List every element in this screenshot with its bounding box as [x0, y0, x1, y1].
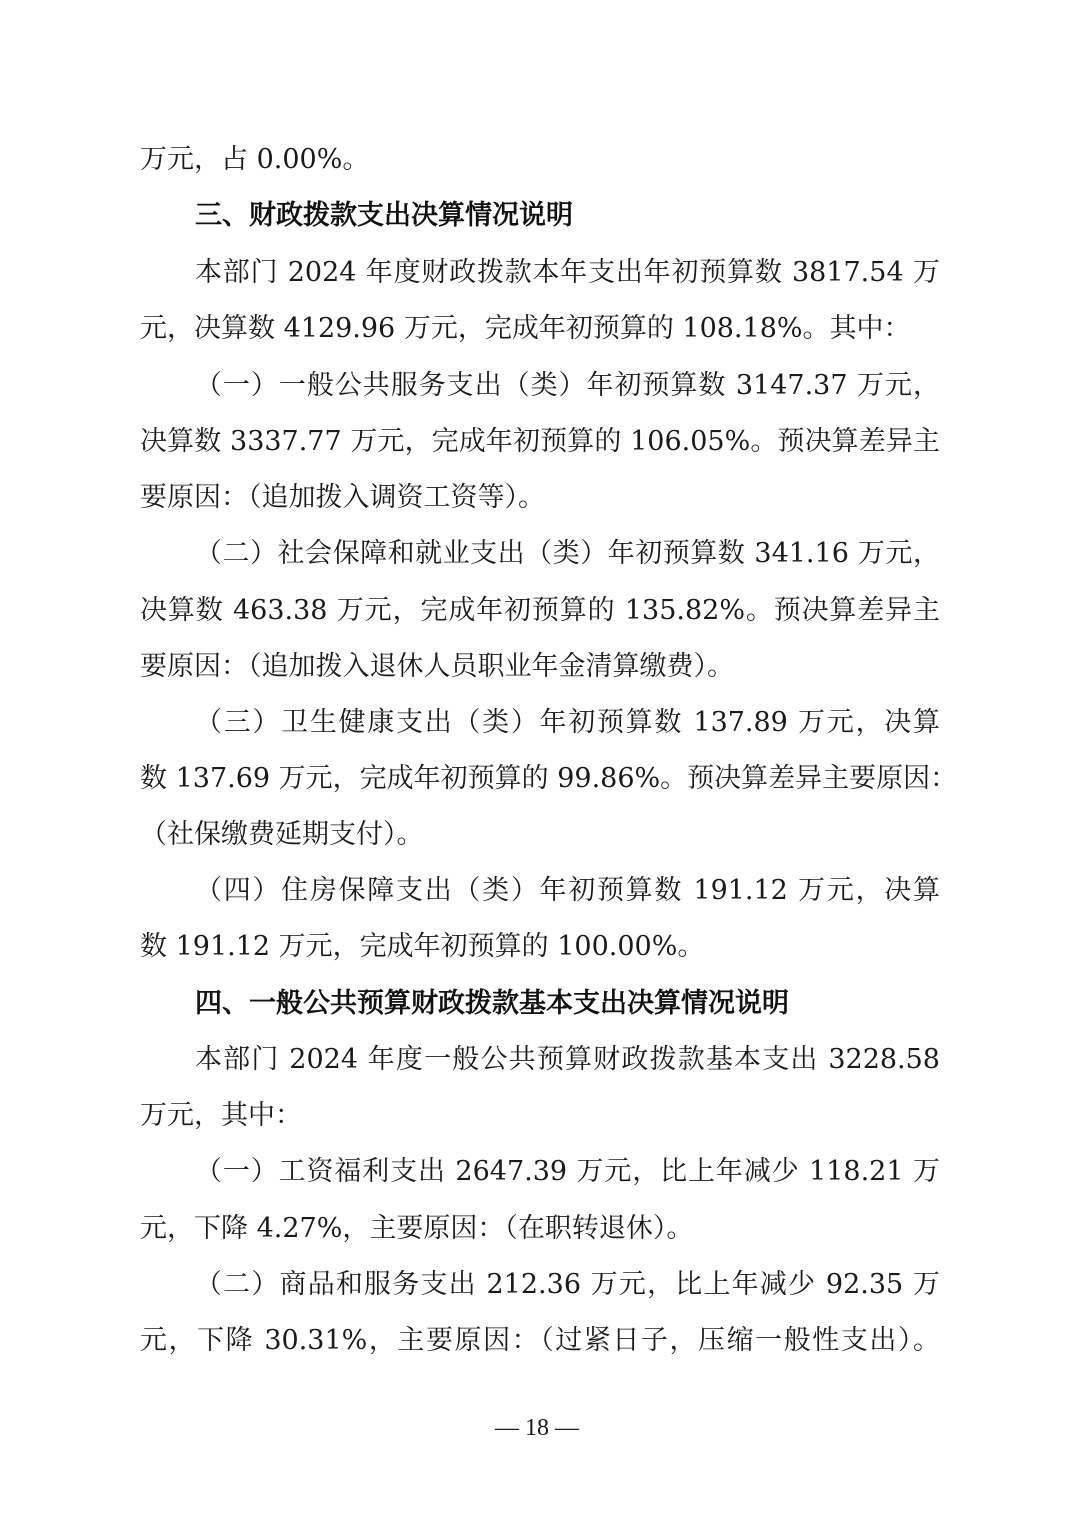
paragraph-line: （三）卫生健康支出（类）年初预算数 137.89 万元，决算: [195, 703, 940, 743]
paragraph-line: （二）社会保障和就业支出（类）年初预算数 341.16 万元，: [195, 534, 940, 574]
document-page: 万元，占 0.00%。 三、财政拨款支出决算情况说明 本部门 2024 年度财政…: [0, 0, 1074, 1520]
paragraph-line: 决算数 463.38 万元，完成年初预算的 135.82%。预决算差异主: [140, 591, 940, 631]
paragraph-line: （社保缴费延期支付）。: [140, 815, 940, 855]
paragraph-line: （一）一般公共服务支出（类）年初预算数 3147.37 万元，: [195, 366, 940, 406]
paragraph-line: （四）住房保障支出（类）年初预算数 191.12 万元，决算: [195, 871, 940, 911]
paragraph-line: 本部门 2024 年度一般公共预算财政拨款基本支出 3228.58: [195, 1040, 940, 1080]
page-number: — 18 —: [0, 1408, 1074, 1448]
paragraph-line: 元，决算数 4129.96 万元，完成年初预算的 108.18%。其中：: [140, 309, 940, 349]
paragraph-line: （一）工资福利支出 2647.39 万元，比上年减少 118.21 万: [195, 1152, 940, 1192]
paragraph-line: 万元，其中：: [140, 1096, 940, 1136]
paragraph-line: 决算数 3337.77 万元，完成年初预算的 106.05%。预决算差异主: [140, 422, 940, 462]
paragraph-line: 元，下降 30.31%，主要原因：（过紧日子，压缩一般性支出）。: [140, 1321, 940, 1361]
body-text-line: 万元，占 0.00%。: [140, 140, 940, 180]
paragraph-line: 要原因：（追加拨入退休人员职业年金清算缴费）。: [140, 647, 940, 687]
paragraph-line: 数 191.12 万元，完成年初预算的 100.00%。: [140, 927, 940, 967]
paragraph-line: 要原因：（追加拨入调资工资等）。: [140, 478, 940, 518]
paragraph-line: 数 137.69 万元，完成年初预算的 99.86%。预决算差异主要原因：: [140, 759, 940, 799]
paragraph-line: 元，下降 4.27%，主要原因：（在职转退休）。: [140, 1209, 940, 1249]
paragraph-line: 本部门 2024 年度财政拨款本年支出年初预算数 3817.54 万: [195, 253, 940, 293]
section-heading-3: 三、财政拨款支出决算情况说明: [195, 196, 573, 236]
paragraph-line: （二）商品和服务支出 212.36 万元，比上年减少 92.35 万: [195, 1265, 940, 1305]
section-heading-4: 四、一般公共预算财政拨款基本支出决算情况说明: [195, 984, 789, 1024]
